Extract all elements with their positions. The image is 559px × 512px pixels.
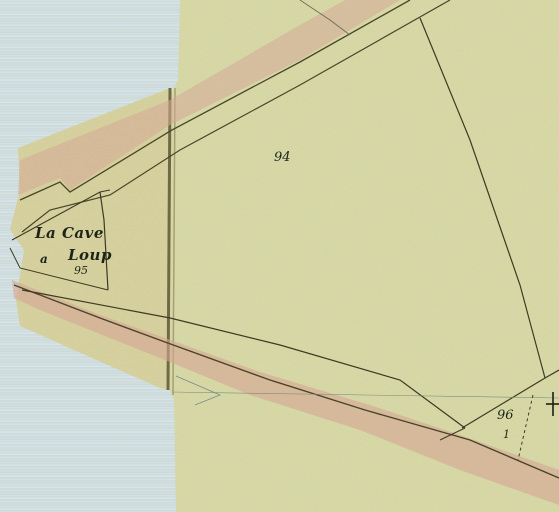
- parcel-number-94: 94: [274, 150, 291, 165]
- place-name-line2: Loup: [68, 246, 112, 264]
- parcel-number-96: 96: [497, 408, 514, 423]
- parcel-sub-number: 1: [503, 428, 510, 441]
- parcel-number-95: 95: [74, 264, 88, 277]
- place-name-a: a: [40, 252, 48, 266]
- place-name-line1: La Cave: [35, 224, 104, 242]
